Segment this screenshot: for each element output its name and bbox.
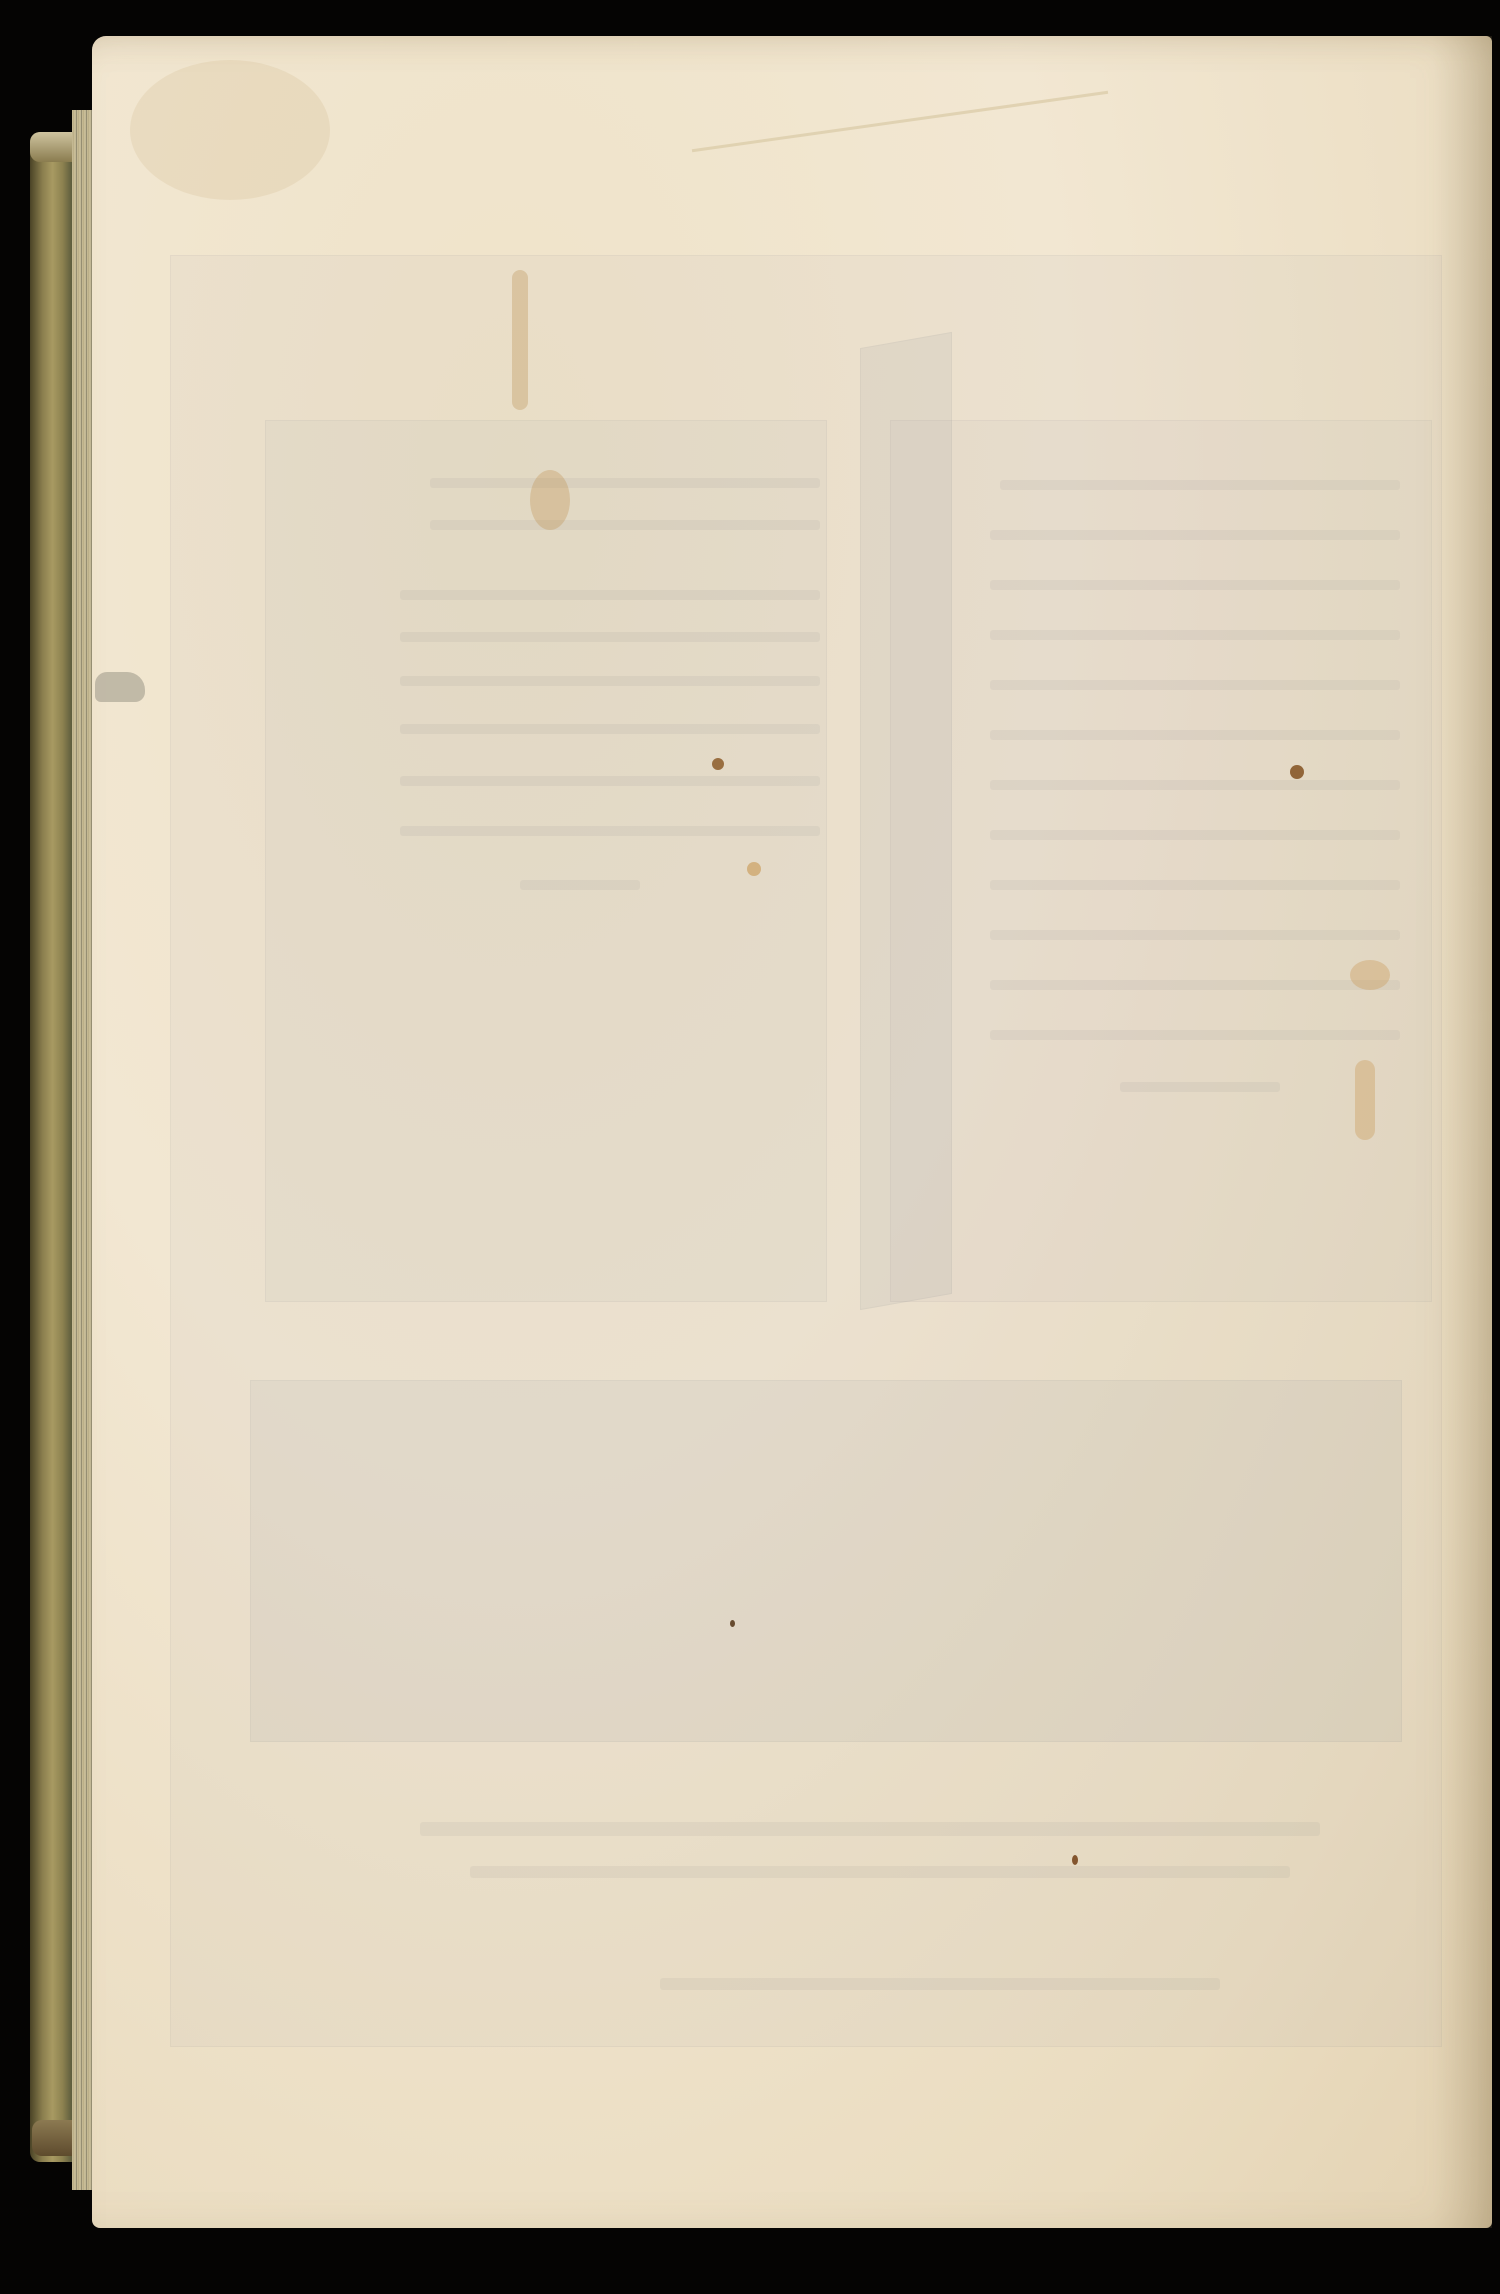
bleed-through-pillar bbox=[860, 332, 952, 1310]
foxing-spot bbox=[747, 862, 761, 876]
stain-drip bbox=[1355, 1060, 1375, 1140]
bleed-through-right-column bbox=[890, 420, 1432, 1302]
bleed-through-left-column bbox=[265, 420, 827, 1302]
foxing-spot bbox=[730, 1620, 735, 1627]
paper-tab-remnant bbox=[95, 672, 145, 702]
stain-vertical-streak bbox=[512, 270, 528, 410]
stain-cross bbox=[530, 470, 570, 530]
stain-top-corner bbox=[130, 60, 330, 200]
stain-splash bbox=[1350, 960, 1390, 990]
bleed-through-scene bbox=[250, 1380, 1402, 1742]
foxing-spot bbox=[712, 758, 724, 770]
foxing-spot bbox=[1072, 1855, 1078, 1865]
foxing-spot bbox=[1290, 765, 1304, 779]
